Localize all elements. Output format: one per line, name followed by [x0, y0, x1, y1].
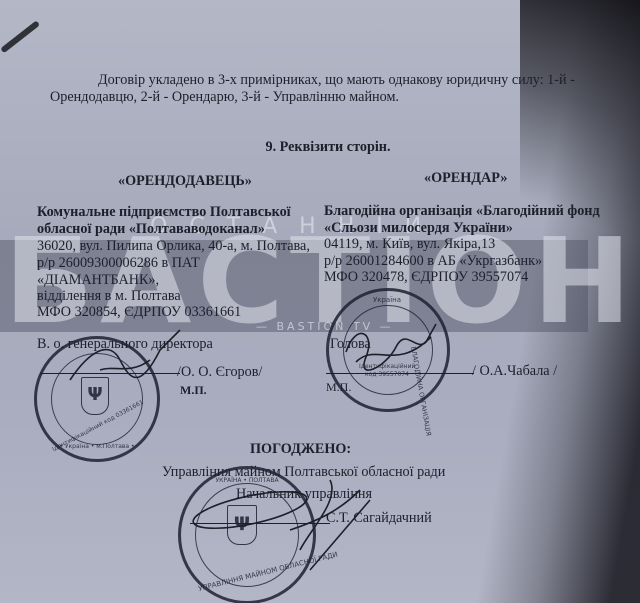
lessee-account: р/р 26001284600 в АБ «Укргазбанк»	[324, 253, 542, 270]
lessee-name-line1: Благодійна організація «Благодійний фонд	[324, 203, 600, 220]
lessee-address: 04119, м. Київ, вул. Якіра,13	[324, 236, 495, 253]
lessor-codes: МФО 320854, ЄДРПОУ 03361661	[37, 304, 241, 321]
approval-heading: ПОГОДЖЕНО:	[250, 441, 351, 458]
lessor-name-line1: Комунальне підприємство Полтавської	[37, 204, 291, 221]
lessee-stamp-top: Україна	[367, 296, 407, 304]
lessor-signature	[60, 330, 200, 400]
lessee-heading: «ОРЕНДАР»	[424, 170, 507, 187]
lessor-address: 36020, вул. Пилипа Орлика, 40-а, м. Полт…	[37, 238, 310, 255]
lessor-branch: відділення в м. Полтава	[37, 288, 181, 305]
closing-clause-line1: Договір укладено в 3-х примірниках, що м…	[98, 72, 575, 89]
lessee-codes: МФО 320478, ЄДРПОУ 39557074	[324, 269, 528, 286]
lessee-signatory-name: / О.А.Чабала /	[472, 363, 557, 380]
lessor-name-line2: обласної ради «Полтававодоканал»	[37, 221, 265, 238]
lessor-heading: «ОРЕНДОДАВЕЦЬ»	[118, 173, 252, 190]
section-title: 9. Реквізити сторін.	[0, 139, 640, 156]
lessor-stamp-bottom: • Україна • м.Полтава •	[57, 443, 137, 450]
closing-clause-line2: Орендодавцю, 2-й - Орендарю, 3-й - Управ…	[50, 89, 399, 106]
lessee-signature	[336, 312, 456, 382]
approver-signature	[190, 470, 390, 580]
lessor-account: р/р 26009300006286 в ПАТ	[37, 255, 200, 272]
lessor-bank: «ДІАМАНТБАНК»,	[37, 272, 159, 289]
lessee-name-line2: «Сльози милосердя України»	[324, 220, 513, 237]
